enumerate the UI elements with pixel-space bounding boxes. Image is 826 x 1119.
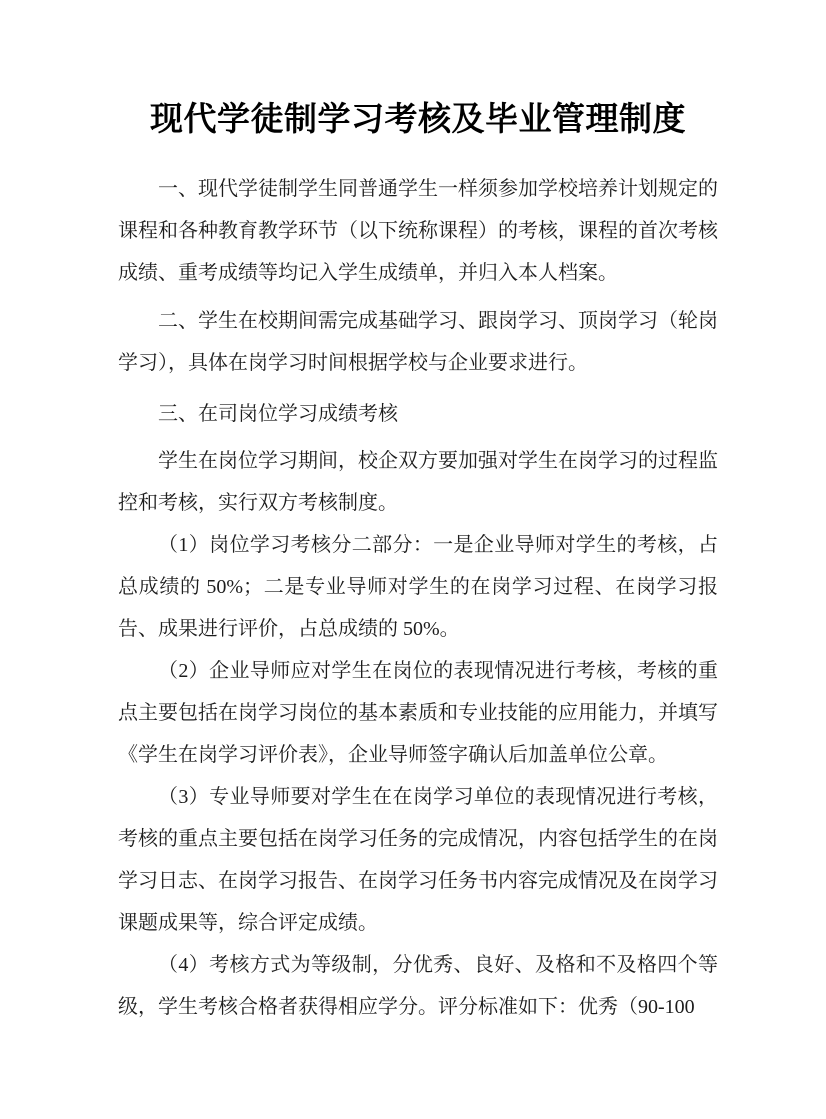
document-paragraph-5: （1）岗位学习考核分二部分：一是企业导师对学生的考核，占总成绩的 50%；二是专…: [118, 524, 718, 650]
document-paragraph-2: 二、学生在校期间需完成基础学习、跟岗学习、顶岗学习（轮岗学习），具体在岗学习时间…: [118, 300, 718, 384]
document-paragraph-1: 一、现代学徒制学生同普通学生一样须参加学校培养计划规定的课程和各种教育教学环节（…: [118, 168, 718, 294]
document-body: 一、现代学徒制学生同普通学生一样须参加学校培养计划规定的课程和各种教育教学环节（…: [118, 168, 718, 1028]
document-title: 现代学徒制学习考核及毕业管理制度: [118, 96, 718, 144]
document-section-heading: 三、在司岗位学习成绩考核: [118, 393, 718, 435]
document-paragraph-6: （2）企业导师应对学生在岗位的表现情况进行考核，考核的重点主要包括在岗学习岗位的…: [118, 650, 718, 776]
document-paragraph-4: 学生在岗位学习期间，校企双方要加强对学生在岗学习的过程监控和考核，实行双方考核制…: [118, 440, 718, 524]
document-paragraph-7: （3）专业导师要对学生在在岗学习单位的表现情况进行考核，考核的重点主要包括在岗学…: [118, 776, 718, 944]
document-paragraph-8: （4）考核方式为等级制，分优秀、良好、及格和不及格四个等级，学生考核合格者获得相…: [118, 944, 718, 1028]
document-page: 现代学徒制学习考核及毕业管理制度 一、现代学徒制学生同普通学生一样须参加学校培养…: [0, 0, 826, 1119]
